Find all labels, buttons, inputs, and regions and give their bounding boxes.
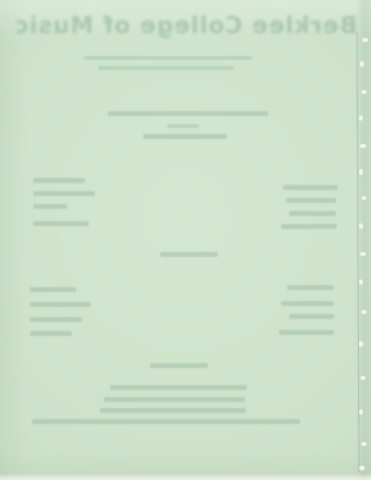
bleedthrough-line: [289, 314, 334, 319]
bleedthrough-line: [286, 198, 336, 203]
bleedthrough-line: [160, 252, 218, 257]
bleedthrough-line: [110, 385, 247, 390]
bleedthrough-line: [100, 408, 246, 413]
bleedthrough-line: [283, 185, 338, 190]
bleedthrough-line: [279, 330, 334, 335]
bleedthrough-line: [98, 66, 234, 70]
green-page: Berklee College of Music: [0, 0, 371, 480]
scan-bottom-edge: [0, 473, 371, 480]
torn-edge: [349, 0, 371, 480]
bleedthrough-line: [150, 363, 208, 368]
bleedthrough-line: [30, 331, 72, 336]
bleedthrough-line: [33, 178, 85, 183]
bleedthrough-line: [104, 397, 245, 402]
bleedthrough-line: [289, 211, 336, 216]
bleedthrough-logotype: Berklee College of Music: [0, 13, 371, 39]
bleedthrough-line: [287, 285, 334, 290]
bleedthrough-line: [143, 134, 227, 139]
bleedthrough-line: [32, 419, 300, 424]
bleedthrough-line: [33, 191, 95, 196]
bleedthrough-line: [30, 317, 82, 322]
bleedthrough-line: [281, 301, 334, 306]
bleedthrough-line: [108, 111, 268, 116]
scan-canvas: Berklee College of Music: [0, 0, 371, 480]
bleedthrough-line: [281, 224, 337, 229]
bleedthrough-line: [30, 287, 76, 292]
bleedthrough-line: [167, 124, 199, 128]
bleedthrough-line: [84, 56, 252, 60]
bleedthrough-line: [33, 204, 67, 209]
bleedthrough-line: [30, 302, 91, 307]
bleedthrough-line: [33, 221, 89, 226]
